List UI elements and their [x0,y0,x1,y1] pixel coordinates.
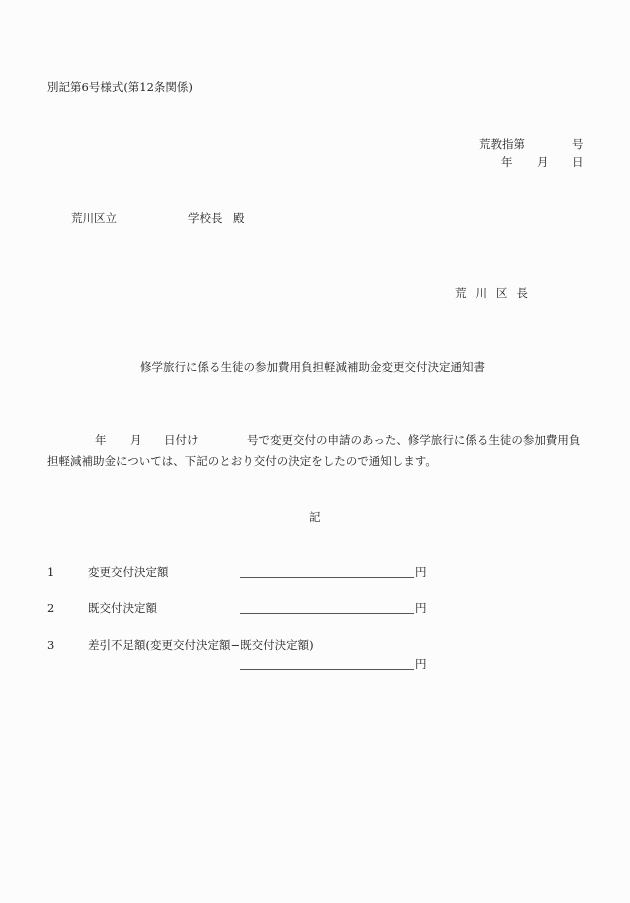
yen-unit: 円 [415,567,427,579]
item-number: 2 [47,603,54,615]
addressee-prefix: 荒川区立 [71,213,117,225]
yen-unit: 円 [415,603,427,615]
item-label: 変更交付決定額 [88,567,169,579]
date-year-label: 年 [501,157,513,169]
body-text-line1: 号で変更交付の申請のあった、修学旅行に係る生徒の参加費用負 [247,435,580,447]
body-year-label: 年 [95,435,107,447]
date-month-label: 月 [537,157,549,169]
item-number: 1 [47,567,54,579]
yen-unit: 円 [415,659,427,671]
addressee-honorific: 殿 [233,213,245,225]
amount-blank-line [240,669,414,670]
body-text-line2: 担軽減補助金については、下記のとおり交付の決定をしたので通知します。 [47,456,437,468]
sender: 荒川区長 [455,288,537,300]
document-number-prefix: 荒教指第 [479,139,525,151]
amount-blank-line [240,577,414,578]
addressee-suffix: 学校長 [188,213,223,225]
item-label: 既交付決定額 [88,603,157,615]
ki-heading: 記 [309,512,321,524]
body-month-label: 月 [130,435,142,447]
item-label: 差引不足額(変更交付決定額−既交付決定額) [88,640,314,652]
form-number: 別記第6号様式(第12条関係) [47,82,193,94]
document-number-suffix: 号 [572,139,584,151]
body-date-label: 日付け [164,435,199,447]
document-title: 修学旅行に係る生徒の参加費用負担軽減補助金変更交付決定通知書 [140,362,485,374]
date-day-label: 日 [572,157,584,169]
item-number: 3 [47,640,54,652]
amount-blank-line [240,613,414,614]
